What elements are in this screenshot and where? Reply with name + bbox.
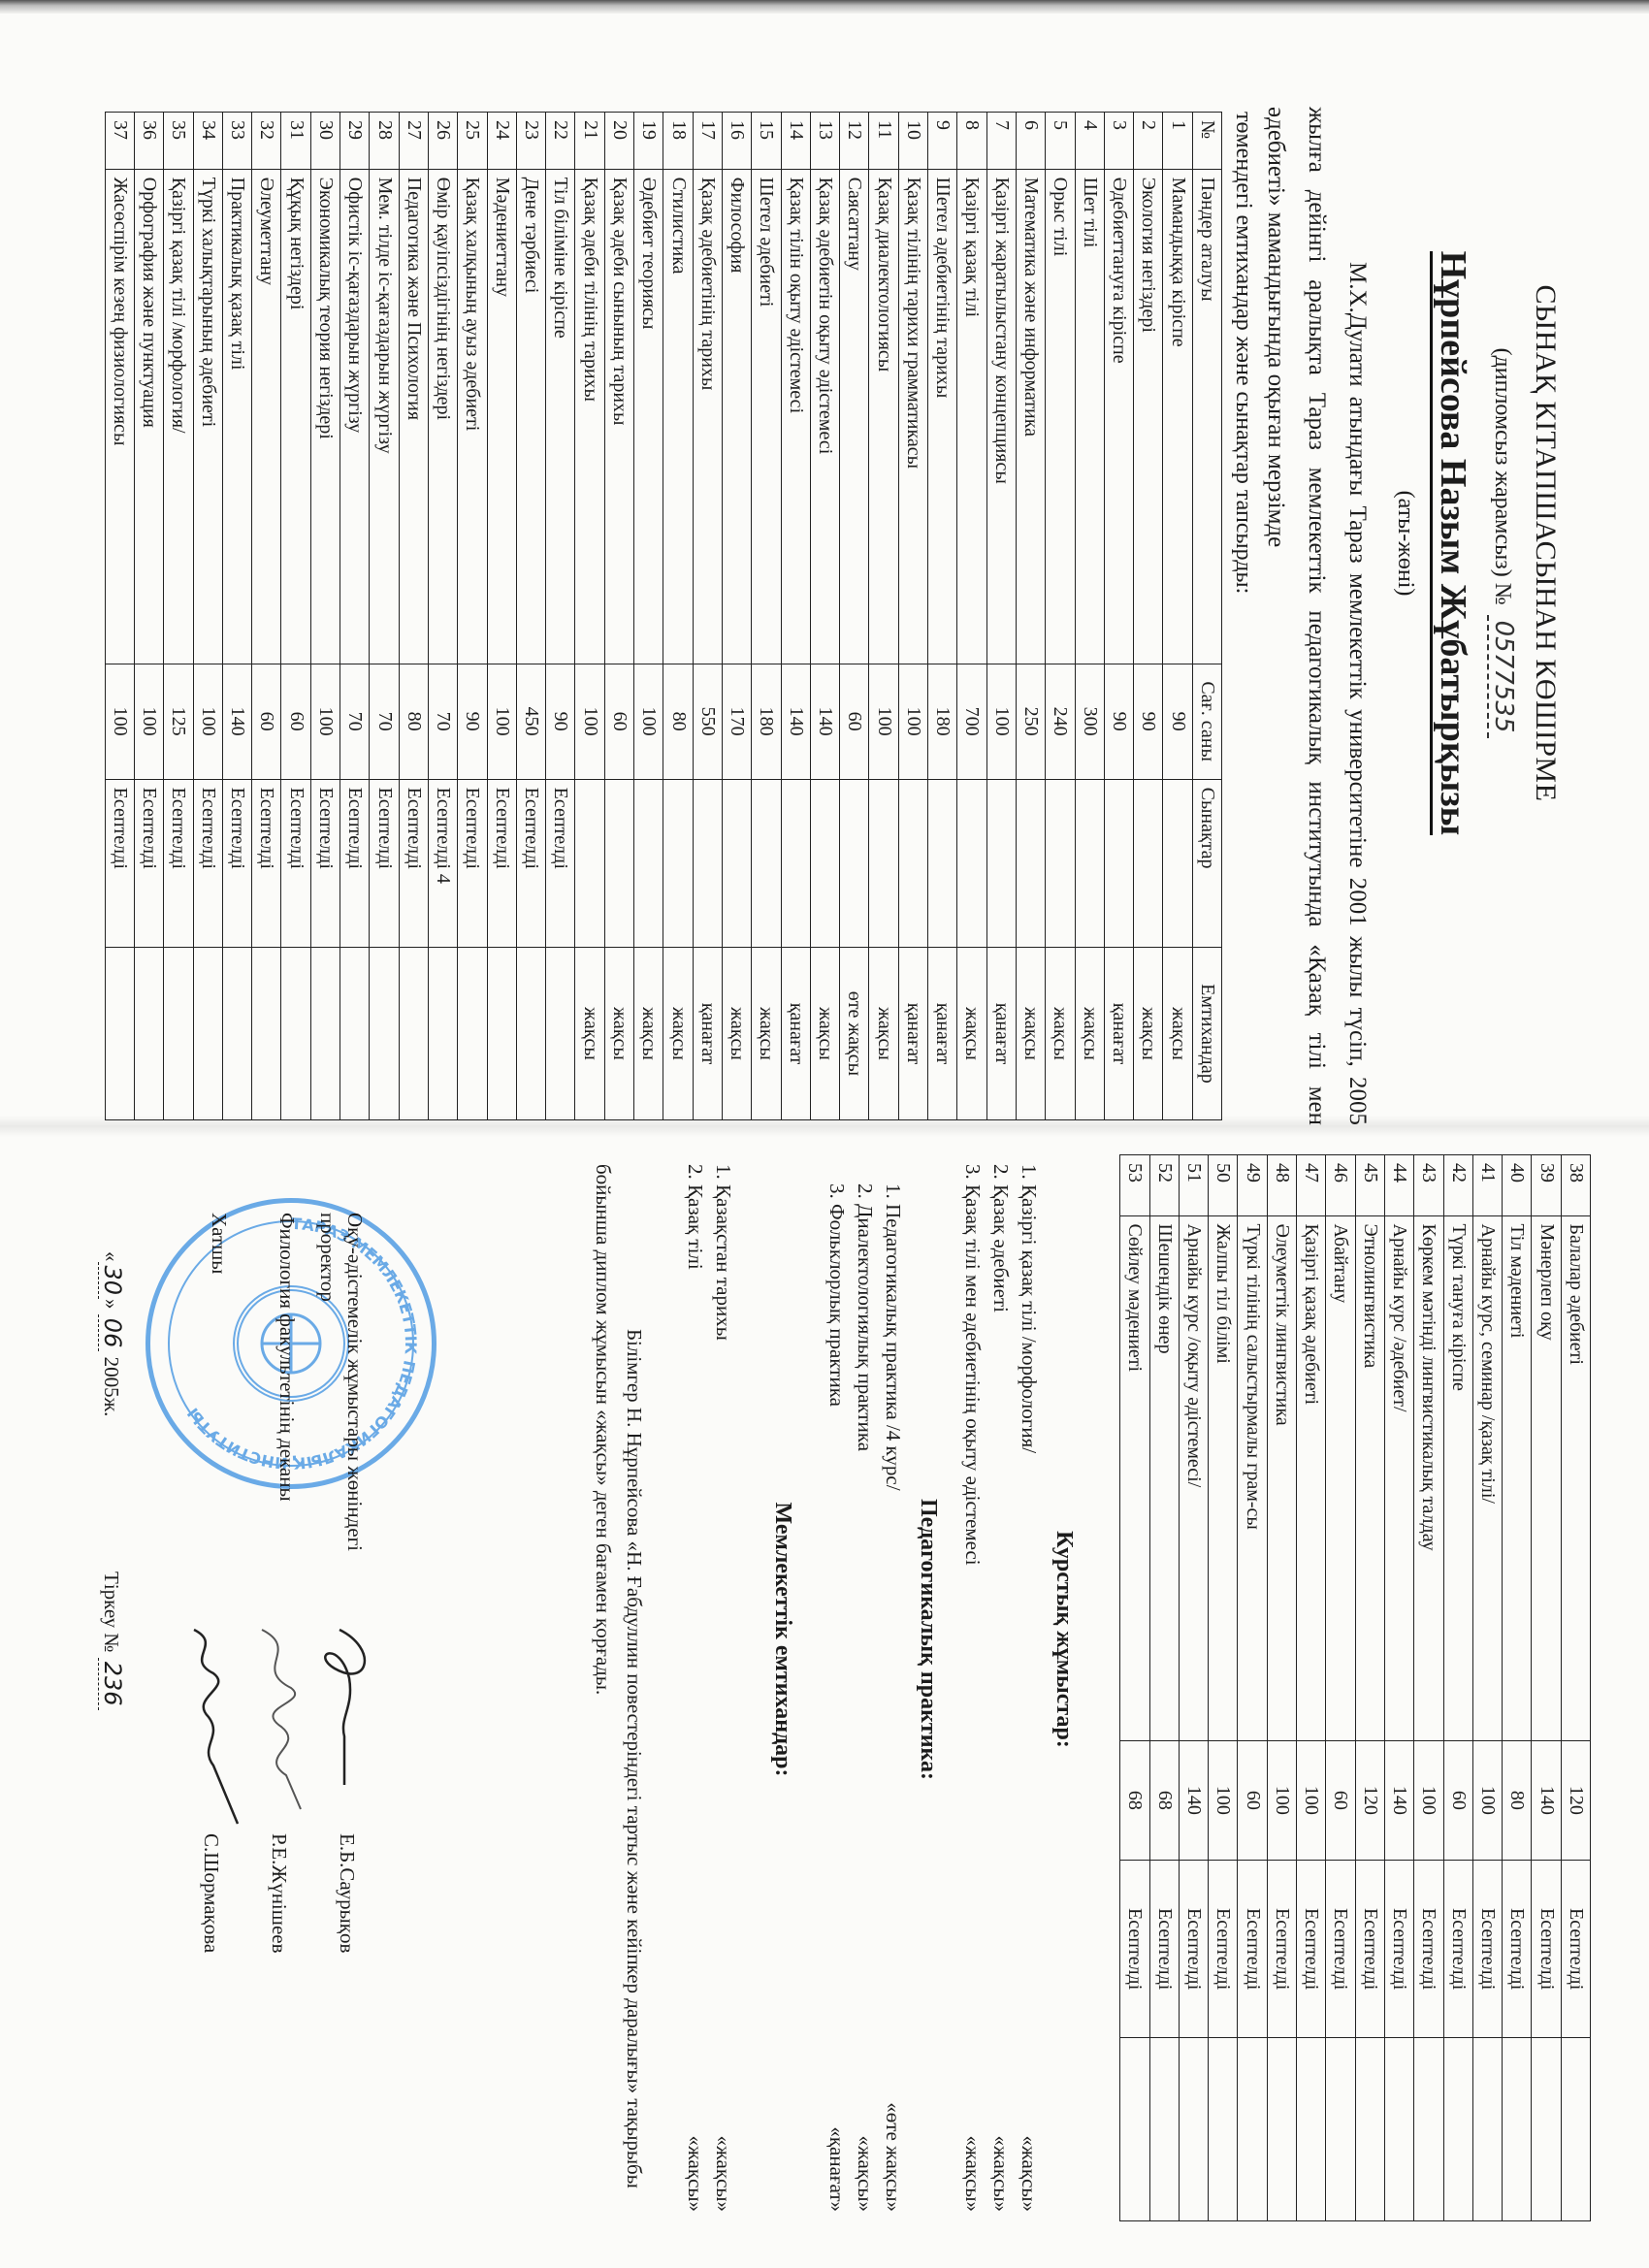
list-item-label: 1. Педагогикалық практика /4 курс/: [879, 1183, 907, 1491]
cell-subject: Орфография және пунктуация: [135, 169, 164, 664]
cell-credit: Есептелді: [1238, 1860, 1267, 2038]
cell-credit: [1134, 779, 1163, 947]
cell-hours: 100: [869, 664, 898, 779]
cell-credit: Есептелді: [487, 779, 516, 947]
cell-exam: жақсы: [869, 947, 898, 1119]
cell-hours: 180: [752, 664, 781, 779]
cell-no: 9: [928, 113, 957, 170]
cell-hours: 100: [1209, 1740, 1238, 1860]
cell-subject: Практикалық қазақ тілі: [222, 169, 251, 664]
cell-subject: Қазақ тілін оқыту әдістемесі: [781, 169, 810, 664]
table-row: 40Тіл мәдениеті80Есептелді: [1503, 1155, 1532, 2221]
cell-no: 12: [840, 113, 869, 170]
table-row: 26Өмір қауіпсіздігінің негіздері70Есепте…: [428, 113, 457, 1120]
table-row: 19Әдебиет теориясы100жақсы: [634, 113, 663, 1120]
cell-exam: [516, 947, 545, 1119]
cell-exam: [1179, 2038, 1208, 2221]
table-row: 49Түркі тілінің салыстырмалы грам-сы60Ес…: [1238, 1155, 1267, 2221]
date-day: 30: [98, 1262, 126, 1300]
cell-subject: Әдебиеттануға кіріспе: [1104, 169, 1133, 664]
cell-credit: [693, 779, 722, 947]
cell-exam: қанағат: [781, 947, 810, 1119]
cell-exam: [1384, 2038, 1413, 2221]
cell-exam: [1443, 2038, 1472, 2221]
table-row: 17Қазақ әдебиетінің тарихы550қанағат: [693, 113, 722, 1120]
list-item: 1. Педагогикалық практика /4 курс/«өте ж…: [879, 1183, 907, 2212]
cell-hours: 70: [428, 664, 457, 779]
cell-credit: Есептелді: [1326, 1860, 1355, 2038]
cell-credit: [1163, 779, 1192, 947]
table-row: 7Қазіргі жаратылыстану концепциясы100қан…: [986, 113, 1016, 1120]
cell-exam: жақсы: [1163, 947, 1192, 1119]
practice-title: Педагогикалық практика:: [915, 1445, 941, 1833]
cell-exam: қанағат: [693, 947, 722, 1119]
issue-date: «30» 06 2005ж.: [99, 1251, 126, 1416]
cell-subject: Шетел әдебиеті: [752, 169, 781, 664]
cell-hours: 100: [105, 664, 134, 779]
cell-credit: Есептелді: [105, 779, 134, 947]
table-row: 3Әдебиеттануға кіріспе90қанағат: [1104, 113, 1133, 1120]
cell-no: 28: [370, 113, 399, 170]
header-hours: Сағ. саны: [1192, 664, 1221, 779]
cell-no: 24: [487, 113, 516, 170]
signature-role: Филология факультетінің деканы: [274, 1213, 301, 1581]
cell-subject: Жасөспірім кезең физиологиясы: [105, 169, 134, 664]
scanned-transcript: СЫНАҚ КІТАПШАСЫНАН КӨШІРМЕ (дипломсыз жа…: [0, 0, 1649, 2268]
cell-credit: Есептелді: [1179, 1860, 1208, 2038]
header-no: №: [1192, 113, 1221, 170]
table-row: 29Офистік іс-қағаздарын жүргізу70Есептел…: [340, 113, 370, 1120]
practice-list: 1. Педагогикалық практика /4 курс/«өте ж…: [820, 1183, 907, 2212]
table-row: 5Орыс тілі240жақсы: [1046, 113, 1075, 1120]
cell-no: 37: [105, 113, 134, 170]
student-name: Нұрпейсова Назым Жұбатырқызы: [1432, 194, 1474, 892]
cell-hours: 125: [164, 664, 193, 779]
cell-subject: Мәнерлеп оқу: [1532, 1215, 1561, 1740]
list-item: 3. Фольклорлық практика«қанағат»: [823, 1183, 851, 2212]
cell-exam: [458, 947, 487, 1119]
cell-credit: Есептелді: [1297, 1860, 1326, 2038]
cell-subject: Математика және информатика: [1016, 169, 1045, 664]
cell-credit: Есептелді: [370, 779, 399, 947]
header-exam: Емтихандар: [1192, 947, 1221, 1119]
cell-no: 3: [1104, 113, 1133, 170]
cell-exam: қанағат: [898, 947, 927, 1119]
cell-credit: Есептелді: [164, 779, 193, 947]
grades-table-left: № Пәндер аталуы Сағ. саны Сынақтар Емтих…: [105, 112, 1222, 1120]
cell-subject: Түркі тануға кіріспе: [1443, 1215, 1472, 1740]
cell-hours: 60: [1238, 1740, 1267, 1860]
list-item-grade: «жақсы»: [986, 2136, 1015, 2212]
cell-hours: 90: [1104, 664, 1133, 779]
cell-hours: 100: [986, 664, 1016, 779]
cell-credit: Есептелді: [1149, 1860, 1179, 2038]
cell-no: 47: [1297, 1155, 1326, 1216]
cell-subject: Құқық негіздері: [281, 169, 310, 664]
cell-hours: 80: [1503, 1740, 1532, 1860]
table-row: 34Түркі халықтарының әдебиеті100Есептелд…: [193, 113, 222, 1120]
cell-hours: 140: [1179, 1740, 1208, 1860]
cell-credit: Есептелді: [1561, 1860, 1590, 2038]
subtitle-text: (дипломсыз жарамсыз) №: [1490, 348, 1515, 605]
cell-hours: 60: [840, 664, 869, 779]
cell-subject: Дене тәрбиесі: [516, 169, 545, 664]
cell-hours: 90: [1163, 664, 1192, 779]
cell-no: 30: [310, 113, 339, 170]
table-row: 2Экология негіздері90жақсы: [1134, 113, 1163, 1120]
left-page: СЫНАҚ КІТАПШАСЫНАН КӨШІРМЕ (дипломсыз жа…: [0, 0, 1649, 1125]
list-item-label: 2. Қазақ әдебиеті: [986, 1164, 1015, 1312]
cell-subject: Экология негіздері: [1134, 169, 1163, 664]
cell-no: 10: [898, 113, 927, 170]
table-row: 10Қазақ тілінің тарихи грамматикасы100қа…: [898, 113, 927, 1120]
cell-exam: [135, 947, 164, 1119]
cell-hours: 250: [1016, 664, 1045, 779]
cell-hours: 60: [1326, 1740, 1355, 1860]
cell-hours: 140: [781, 664, 810, 779]
cell-exam: [310, 947, 339, 1119]
cell-subject: Философия: [722, 169, 751, 664]
table-row: 32Әлеуметтану60Есептелді: [252, 113, 281, 1120]
cell-subject: Қазақ тілінің тарихи грамматикасы: [898, 169, 927, 664]
table-row: 4Шет тілі300жақсы: [1075, 113, 1104, 1120]
cell-no: 29: [340, 113, 370, 170]
cell-subject: Арнайы курс /оқыту әдістемесі/: [1179, 1215, 1208, 1740]
cell-exam: жақсы: [752, 947, 781, 1119]
cell-no: 42: [1443, 1155, 1472, 1216]
signatures-block: Оқу-әдістемелік жұмыстары жөніндегі прор…: [165, 1213, 369, 2241]
table-row: 47Қазіргі қазақ әдебиеті100Есептелді: [1297, 1155, 1326, 2221]
list-item: 1. Қазақстан тарихы«жақсы»: [709, 1164, 737, 2212]
cell-hours: 68: [1149, 1740, 1179, 1860]
cell-no: 26: [428, 113, 457, 170]
signature-role: Хатшы: [206, 1213, 233, 1581]
list-item-label: 1. Қазақстан тарихы: [709, 1164, 737, 1341]
cell-hours: 140: [810, 664, 839, 779]
cell-hours: 100: [487, 664, 516, 779]
cell-exam: қанағат: [986, 947, 1016, 1119]
student-name-text: Нұрпейсова Назым Жұбатырқызы: [1430, 251, 1473, 836]
cell-hours: 140: [1532, 1740, 1561, 1860]
cell-hours: 100: [1414, 1740, 1443, 1860]
cell-subject: Әлеуметтану: [252, 169, 281, 664]
cell-no: 41: [1472, 1155, 1502, 1216]
table-row: 37Жасөспірім кезең физиологиясы100Есепте…: [105, 113, 134, 1120]
cell-no: 40: [1503, 1155, 1532, 1216]
table-row: 28Мем. тілде іс-қағаздарын жүргізу70Есеп…: [370, 113, 399, 1120]
handwritten-signature-icon: [310, 1620, 378, 1795]
table-row: 25Қазақ халқының ауыз әдебиеті90Есептелд…: [458, 113, 487, 1120]
name-caption: (аты-жөні): [1392, 194, 1418, 892]
cell-subject: Қазақ диалектологиясы: [869, 169, 898, 664]
cell-subject: Абайтану: [1326, 1215, 1355, 1740]
cell-hours: 140: [1384, 1740, 1413, 1860]
cell-credit: [752, 779, 781, 947]
cell-subject: Әдебиет теориясы: [634, 169, 663, 664]
cell-no: 14: [781, 113, 810, 170]
thesis-statement: Білімгер Н. Нұрпейсова «Н. Ғабдуллин пов…: [588, 1164, 650, 2241]
cell-no: 20: [604, 113, 633, 170]
cell-no: 49: [1238, 1155, 1267, 1216]
cell-subject: Мем. тілде іс-қағаздарын жүргізу: [370, 169, 399, 664]
cell-subject: Өмір қауіпсіздігінің негіздері: [428, 169, 457, 664]
cell-credit: [604, 779, 633, 947]
cell-no: 36: [135, 113, 164, 170]
list-item-label: 3. Қазақ тілі мен әдебиетінің оқыту әдіс…: [958, 1164, 986, 1566]
cell-no: 31: [281, 113, 310, 170]
cell-no: 51: [1179, 1155, 1208, 1216]
registration-number: Тіркеу № 236: [99, 1571, 126, 1710]
state-exams-title: Мемлекеттік емтихандар:: [769, 1426, 795, 1853]
cell-credit: [928, 779, 957, 947]
right-page: 38Балалар әдебиеті120Есептелді39Мәнерлеп…: [0, 1125, 1649, 2268]
document-subtitle: (дипломсыз жарамсыз) № 0577535: [1489, 243, 1518, 844]
document-title: СЫНАҚ КІТАПШАСЫНАН КӨШІРМЕ: [1529, 243, 1562, 844]
cell-no: 8: [957, 113, 986, 170]
table-row: 50Жалпы тіл білімі100Есептелді: [1209, 1155, 1238, 2221]
cell-no: 19: [634, 113, 663, 170]
state-exams-list: 1. Қазақстан тарихы«жақсы»2. Қазақ тілі«…: [679, 1164, 737, 2212]
cell-hours: 100: [1267, 1740, 1296, 1860]
cell-no: 39: [1532, 1155, 1561, 1216]
signature-row: Оқу-әдістемелік жұмыстары жөніндегі прор…: [301, 1213, 369, 2241]
cell-exam: [1532, 2038, 1561, 2221]
cell-credit: Есептелді: [1355, 1860, 1384, 2038]
cell-hours: 120: [1355, 1740, 1384, 1860]
signature-row: Хатшы С.Шормақова: [165, 1213, 233, 2241]
handwritten-signature-icon: [165, 1620, 242, 1833]
cell-exam: [164, 947, 193, 1119]
cell-exam: [1209, 2038, 1238, 2221]
cell-hours: 170: [722, 664, 751, 779]
cell-credit: [1046, 779, 1075, 947]
cell-subject: Сөйлеу мәдениеті: [1120, 1215, 1149, 1740]
list-item-grade: «қанағат»: [823, 2126, 851, 2212]
table-row: 46Абайтану60Есептелді: [1326, 1155, 1355, 2221]
cell-exam: жақсы: [663, 947, 693, 1119]
cell-hours: 90: [546, 664, 575, 779]
cell-hours: 700: [957, 664, 986, 779]
cell-exam: [1149, 2038, 1179, 2221]
cell-exam: [281, 947, 310, 1119]
list-item-grade: «жақсы»: [681, 2136, 709, 2212]
list-item: 2. Қазақ әдебиеті«жақсы»: [986, 1164, 1015, 2212]
cell-credit: [1075, 779, 1104, 947]
table-row: 39Мәнерлеп оқу140Есептелді: [1532, 1155, 1561, 2221]
cell-no: 50: [1209, 1155, 1238, 1216]
intro-paragraph: М.Х.Дулати атындағы Тараз мемлекеттік ун…: [1255, 107, 1377, 1125]
cell-hours: 180: [928, 664, 957, 779]
table-row: 35Қазіргі қазақ тілі /морфология/125Есеп…: [164, 113, 193, 1120]
cell-subject: Орыс тілі: [1046, 169, 1075, 664]
cell-subject: Шетел әдебиетінің тарихы: [928, 169, 957, 664]
cell-exam: жақсы: [957, 947, 986, 1119]
cell-exam: жақсы: [575, 947, 604, 1119]
cell-exam: [252, 947, 281, 1119]
cell-no: 5: [1046, 113, 1075, 170]
cell-credit: Есептелді: [458, 779, 487, 947]
cell-hours: 450: [516, 664, 545, 779]
cell-no: 44: [1384, 1155, 1413, 1216]
cell-credit: Есептелді: [1443, 1860, 1472, 2038]
cell-no: 48: [1267, 1155, 1296, 1216]
cell-hours: 100: [1472, 1740, 1502, 1860]
table-row: 14Қазақ тілін оқыту әдістемесі140қанағат: [781, 113, 810, 1120]
table-row: 42Түркі тануға кіріспе60Есептелді: [1443, 1155, 1472, 2221]
table-row: 22Тіл біліміне кіріспе90Есептелді: [546, 113, 575, 1120]
cell-exam: қанағат: [1104, 947, 1133, 1119]
cell-credit: Есептелді: [546, 779, 575, 947]
cell-hours: 240: [1046, 664, 1075, 779]
cell-exam: [1561, 2038, 1590, 2221]
cell-hours: 120: [1561, 1740, 1590, 1860]
table-row: 11Қазақ диалектологиясы100жақсы: [869, 113, 898, 1120]
cell-exam: [1238, 2038, 1267, 2221]
table-row: 13Қазақ әдебиетін оқыту әдістемесі140жақ…: [810, 113, 839, 1120]
cell-no: 33: [222, 113, 251, 170]
cell-credit: Есептелді: [1267, 1860, 1296, 2038]
cell-subject: Жалпы тіл білімі: [1209, 1215, 1238, 1740]
cell-credit: Есептелді: [516, 779, 545, 947]
table-row: 45Этнолингвистика120Есептелді: [1355, 1155, 1384, 2221]
list-item-grade: «жақсы»: [851, 2136, 879, 2212]
table-row: 8Қазіргі қазақ тілі700жақсы: [957, 113, 986, 1120]
cell-subject: Шет тілі: [1075, 169, 1104, 664]
cell-exam: өте жақсы: [840, 947, 869, 1119]
cell-subject: Әлеуметтік лингвистика: [1267, 1215, 1296, 1740]
cell-no: 32: [252, 113, 281, 170]
cell-exam: [1503, 2038, 1532, 2221]
list-item-grade: «жақсы»: [958, 2136, 986, 2212]
list-item-label: 2. Диалектологиялық практика: [851, 1183, 879, 1451]
cell-no: 46: [1326, 1155, 1355, 1216]
cell-credit: [957, 779, 986, 947]
cell-hours: 100: [193, 664, 222, 779]
date-year: 2005ж.: [100, 1357, 123, 1417]
cell-exam: [428, 947, 457, 1119]
header-credit: Сынақтар: [1192, 779, 1221, 947]
list-item: 1. Қазіргі қазақ тілі /морфология/«жақсы…: [1015, 1164, 1043, 2212]
cell-credit: [898, 779, 927, 947]
table-row: 36Орфография және пунктуация100Есептелді: [135, 113, 164, 1120]
table-row: 24Мәдениеттану100Есептелді: [487, 113, 516, 1120]
cell-no: 35: [164, 113, 193, 170]
registration-value: 236: [98, 1658, 126, 1710]
cell-subject: Қазақ әдебиетін оқыту әдістемесі: [810, 169, 839, 664]
cell-no: 25: [458, 113, 487, 170]
cell-exam: [1355, 2038, 1384, 2221]
cell-no: 22: [546, 113, 575, 170]
cell-hours: 80: [399, 664, 428, 779]
cell-exam: [1120, 2038, 1149, 2221]
cell-credit: [663, 779, 693, 947]
cell-subject: Балалар әдебиеті: [1561, 1215, 1590, 1740]
table-row: 16Философия170жақсы: [722, 113, 751, 1120]
table-row: 48Әлеуметтік лингвистика100Есептелді: [1267, 1155, 1296, 2221]
cell-hours: 140: [222, 664, 251, 779]
cell-hours: 100: [310, 664, 339, 779]
cell-exam: [193, 947, 222, 1119]
table-row: 12Саясаттану60өте жақсы: [840, 113, 869, 1120]
cell-subject: Стилистика: [663, 169, 693, 664]
signature-name: С.Шормақова: [199, 1833, 223, 1953]
cell-subject: Қазіргі қазақ әдебиеті: [1297, 1215, 1326, 1740]
list-item: 2. Диалектологиялық практика«жақсы»: [851, 1183, 879, 2212]
cell-hours: 68: [1120, 1740, 1149, 1860]
cell-hours: 100: [634, 664, 663, 779]
cell-credit: [781, 779, 810, 947]
list-item-label: 3. Фольклорлық практика: [823, 1183, 851, 1407]
cell-subject: Саясаттану: [840, 169, 869, 664]
cell-no: 23: [516, 113, 545, 170]
header-subject: Пәндер аталуы: [1192, 169, 1221, 664]
cell-credit: [575, 779, 604, 947]
cell-hours: 100: [135, 664, 164, 779]
cell-hours: 70: [340, 664, 370, 779]
cell-no: 1: [1163, 113, 1192, 170]
cell-subject: Қазіргі қазақ тілі: [957, 169, 986, 664]
cell-exam: [1414, 2038, 1443, 2221]
cell-hours: 60: [1443, 1740, 1472, 1860]
cell-no: 27: [399, 113, 428, 170]
table-row: 27Педагогика және Психология80Есептелді: [399, 113, 428, 1120]
cell-no: 21: [575, 113, 604, 170]
table-row: 30Экономикалық теория негіздері100Есепте…: [310, 113, 339, 1120]
coursework-title: Курстық жұмыстар:: [1051, 1494, 1077, 1785]
cell-credit: [840, 779, 869, 947]
cell-hours: 90: [458, 664, 487, 779]
cell-credit: Есептелді: [222, 779, 251, 947]
table-row: 44Арнайы курс /әдебиет/140Есептелді: [1384, 1155, 1413, 2221]
table-row: 15Шетел әдебиеті180жақсы: [752, 113, 781, 1120]
cell-credit: Есептелді: [1532, 1860, 1561, 2038]
cell-credit: [869, 779, 898, 947]
cell-credit: Есептелді: [1384, 1860, 1413, 2038]
signature-row: Филология факультетінің деканы Р.Е.Жүніш…: [233, 1213, 301, 2241]
cell-exam: жақсы: [1016, 947, 1045, 1119]
list-item: 3. Қазақ тілі мен әдебиетінің оқыту әдіс…: [958, 1164, 986, 2212]
cell-subject: Қазақ халқының ауыз әдебиеті: [458, 169, 487, 664]
cell-no: 16: [722, 113, 751, 170]
cell-subject: Этнолингвистика: [1355, 1215, 1384, 1740]
cell-no: 43: [1414, 1155, 1443, 1216]
cell-credit: Есептелді: [193, 779, 222, 947]
cell-no: 17: [693, 113, 722, 170]
cell-exam: [105, 947, 134, 1119]
table-row: 9Шетел әдебиетінің тарихы180қанағат: [928, 113, 957, 1120]
cell-hours: 550: [693, 664, 722, 779]
cell-subject: Түркі тілінің салыстырмалы грам-сы: [1238, 1215, 1267, 1740]
table-row: 23Дене тәрбиесі450Есептелді: [516, 113, 545, 1120]
cell-credit: Есептелді: [399, 779, 428, 947]
cell-credit: Есептелді: [340, 779, 370, 947]
table-row: 20Қазақ әдеби сынының тарихы60жақсы: [604, 113, 633, 1120]
cell-no: 53: [1120, 1155, 1149, 1216]
cell-credit: Есептелді: [1120, 1860, 1149, 2038]
cell-hours: 60: [281, 664, 310, 779]
cell-exam: жақсы: [1075, 947, 1104, 1119]
cell-subject: Қазақ әдеби тілінің тарихы: [575, 169, 604, 664]
cell-subject: Қазақ әдебиетінің тарихы: [693, 169, 722, 664]
table-row: 52Шешендік өнер68Есептелді: [1149, 1155, 1179, 2221]
table-row: 21Қазақ әдеби тілінің тарихы100жақсы: [575, 113, 604, 1120]
table-row: 33Практикалық қазақ тілі140Есептелді: [222, 113, 251, 1120]
intro-last-line: төмендегі емтихандар және сынақтар тапсы…: [1230, 112, 1256, 594]
cell-subject: Қазақ әдеби сынының тарихы: [604, 169, 633, 664]
cell-subject: Арнайы курс /әдебиет/: [1384, 1215, 1413, 1740]
signature-role: Оқу-әдістемелік жұмыстары жөніндегі прор…: [314, 1213, 369, 1581]
list-item-grade: «жақсы»: [709, 2136, 737, 2212]
